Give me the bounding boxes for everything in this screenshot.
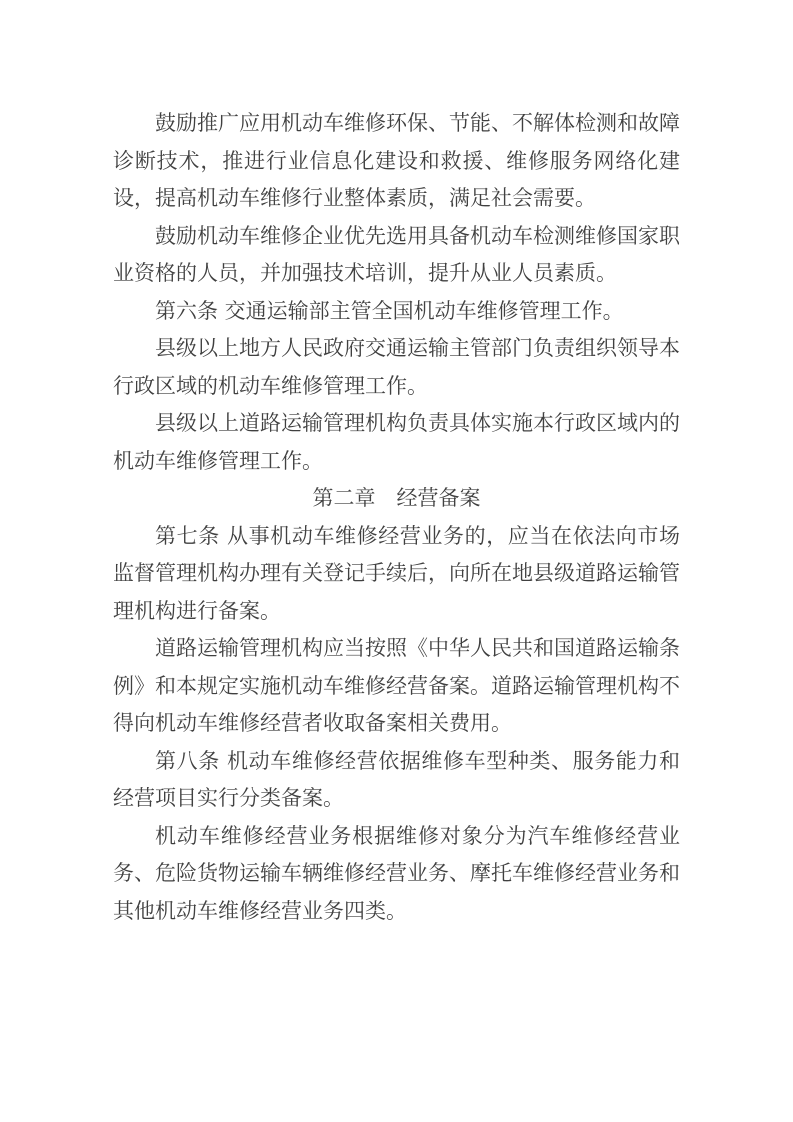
paragraph: 道路运输管理机构应当按照《中华人民共和国道路运输条例》和本规定实施机动车维修经营…	[113, 630, 680, 743]
paragraph: 机动车维修经营业务根据维修对象分为汽车维修经营业务、危险货物运输车辆维修经营业务…	[113, 818, 680, 931]
article-paragraph: 第七条 从事机动车维修经营业务的，应当在依法向市场监督管理机构办理有关登记手续后…	[113, 518, 680, 631]
article-paragraph: 第六条 交通运输部主管全国机动车维修管理工作。	[113, 293, 680, 331]
paragraph: 鼓励机动车维修企业优先选用具备机动车检测维修国家职业资格的人员，并加强技术培训，…	[113, 218, 680, 293]
paragraph: 县级以上道路运输管理机构负责具体实施本行政区域内的机动车维修管理工作。	[113, 405, 680, 480]
document-page: 鼓励推广应用机动车维修环保、节能、不解体检测和故障诊断技术，推进行业信息化建设和…	[0, 0, 793, 1122]
chapter-heading: 第二章 经营备案	[113, 480, 680, 518]
document-content: 鼓励推广应用机动车维修环保、节能、不解体检测和故障诊断技术，推进行业信息化建设和…	[113, 105, 680, 930]
article-paragraph: 第八条 机动车维修经营依据维修车型种类、服务能力和经营项目实行分类备案。	[113, 743, 680, 818]
paragraph: 县级以上地方人民政府交通运输主管部门负责组织领导本行政区域的机动车维修管理工作。	[113, 330, 680, 405]
paragraph: 鼓励推广应用机动车维修环保、节能、不解体检测和故障诊断技术，推进行业信息化建设和…	[113, 105, 680, 218]
